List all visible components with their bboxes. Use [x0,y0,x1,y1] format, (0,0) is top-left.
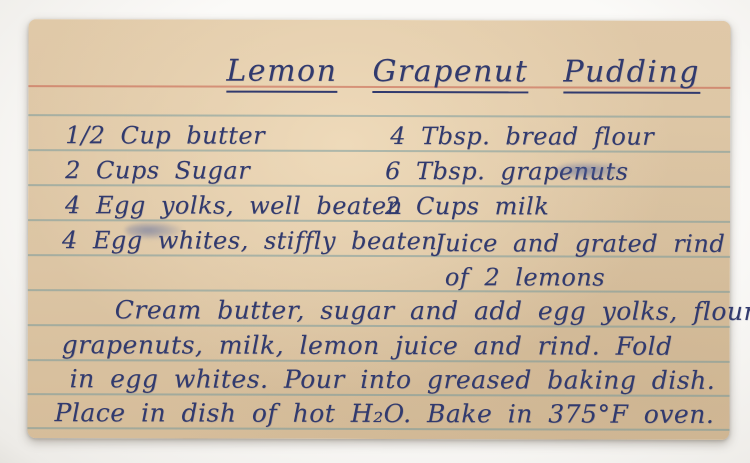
instruction-line: grapenuts, milk, lemon juice and rind. F… [62,330,673,361]
ink-smudge [555,161,629,179]
instruction-line: Place in dish of hot H₂O. Bake in 375°F … [54,398,714,429]
instruction-line: in egg whites. Pour into greased baking … [70,364,716,395]
instruction-line: Cream butter, sugar and add egg yolks, f… [115,295,750,326]
ingredient-line: 4 Egg whites, stiffly beaten [62,226,437,255]
ruled-line-blue [28,114,730,118]
ingredient-line: of 2 lemons [445,263,605,291]
recipe-title-word: Grapenut [372,54,528,93]
ingredient-line: 2 Cups milk [385,192,549,220]
ingredient-line: Juice and grated rind [435,229,725,258]
recipe-title: Lemon Grapenut Pudding [226,54,714,90]
ingredient-line: 1/2 Cup butter [65,121,265,150]
ink-smudge [125,221,183,239]
ingredient-line: 4 Tbsp. bread flour [390,122,654,151]
ruled-line-blue [28,289,730,293]
recipe-title-word: Pudding [563,54,700,93]
ingredient-line: 4 Egg yolks, well beaten [65,191,403,220]
ingredient-line: 2 Cups Sugar [65,156,250,184]
photo-background: Lemon Grapenut Pudding 1/2 Cup butter 2 … [0,0,750,463]
recipe-title-word: Lemon [226,54,337,93]
recipe-card: Lemon Grapenut Pudding 1/2 Cup butter 2 … [27,19,730,440]
